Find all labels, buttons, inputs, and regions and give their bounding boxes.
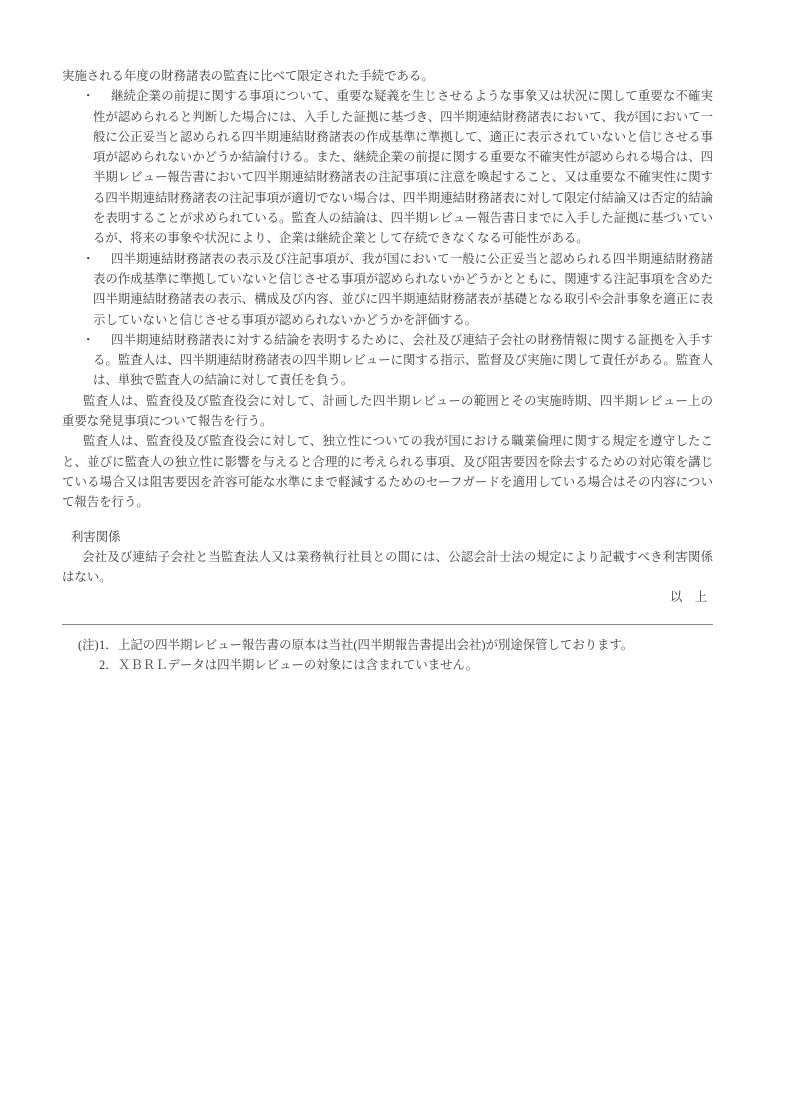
note-row: (注) 1． 上記の四半期レビュー報告書の原本は当社(四半期報告書提出会社)が別… — [78, 635, 713, 655]
closing-mark: 以 上 — [62, 587, 713, 607]
separator-rule — [62, 624, 713, 625]
bullet-text: 四半期連結財務諸表に対する結論を表明するために、会社及び連結子会社の財務情報に関… — [93, 333, 713, 388]
paragraph: 監査人は、監査役及び監査役会に対して、計画した四半期レビューの範囲とその実施時期… — [62, 391, 713, 432]
note-row: 2． ＸＢＲＬデータは四半期レビューの対象には含まれていません。 — [78, 655, 713, 675]
paragraph: 監査人は、監査役及び監査役会に対して、独立性についての我が国における職業倫理に関… — [62, 431, 713, 512]
section-heading-interest: 利害関係 — [62, 527, 713, 547]
note-number: 2． — [99, 655, 118, 675]
bullet-marker: ・ — [82, 330, 94, 350]
note-text: 上記の四半期レビュー報告書の原本は当社(四半期報告書提出会社)が別途保管しており… — [118, 635, 713, 655]
note-label: (注) — [78, 635, 99, 655]
bullet-item: ・ 四半期連結財務諸表に対する結論を表明するために、会社及び連結子会社の財務情報… — [93, 330, 713, 391]
bullet-item: ・ 継続企業の前提に関する事項について、重要な疑義を生じさせるような事象又は状況… — [93, 86, 713, 248]
interest-section-body: 会社及び連結子会社と当監査法人又は業務執行社員との間には、公認会計士法の規定によ… — [62, 547, 713, 588]
bullet-item: ・ 四半期連結財務諸表の表示及び注記事項が、我が国において一般に公正妥当と認めら… — [93, 249, 713, 330]
document-body: 実施される年度の財務諸表の監査に比べて限定された手続である。 ・ 継続企業の前提… — [62, 66, 713, 675]
note-text: ＸＢＲＬデータは四半期レビューの対象には含まれていません。 — [118, 655, 713, 675]
note-number: 1． — [99, 635, 118, 655]
continuation-text: 実施される年度の財務諸表の監査に比べて限定された手続である。 — [62, 66, 713, 86]
bullet-text: 継続企業の前提に関する事項について、重要な疑義を生じさせるような事象又は状況に関… — [93, 89, 713, 245]
bullet-text: 四半期連結財務諸表の表示及び注記事項が、我が国において一般に公正妥当と認められる… — [93, 252, 713, 327]
notes-section: (注) 1． 上記の四半期レビュー報告書の原本は当社(四半期報告書提出会社)が別… — [78, 635, 713, 676]
document-page: 実施される年度の財務諸表の監査に比べて限定された手続である。 ・ 継続企業の前提… — [0, 0, 790, 1118]
bullet-marker: ・ — [82, 249, 94, 269]
bullet-marker: ・ — [82, 86, 94, 106]
